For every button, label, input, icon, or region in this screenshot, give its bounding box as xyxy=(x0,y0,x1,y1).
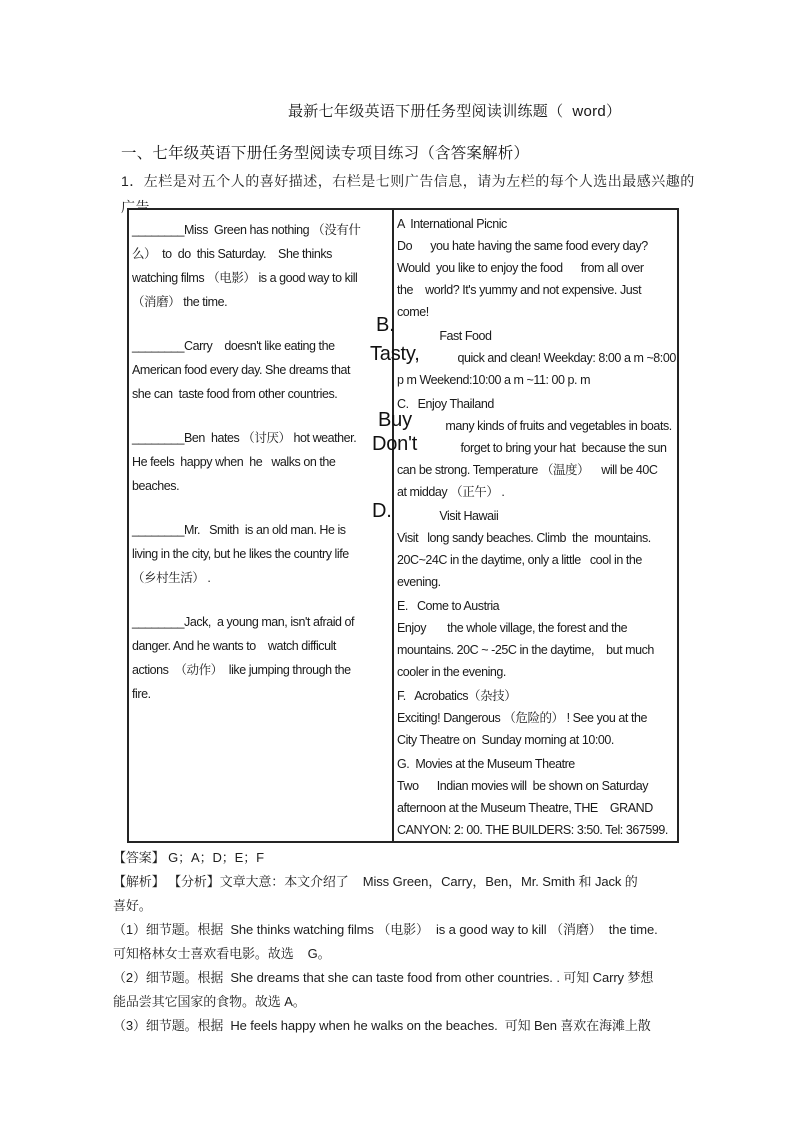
ad-text-line: F. Acrobatics（杂技） xyxy=(397,685,679,707)
ad-entry-d: Visit HawaiiVisit long sandy beaches. Cl… xyxy=(397,505,679,593)
ad-entry-g: G. Movies at the Museum TheatreTwo India… xyxy=(397,753,679,841)
ad-text-line: p m Weekend:10:00 a m ~11: 00 p. m xyxy=(397,369,679,391)
answer-line: 【答案】 G；A；D；E；F xyxy=(113,846,713,870)
document-page: { "document": { "title": "最新七年级英语下册任务型阅读… xyxy=(0,0,800,1133)
person-text-line: fire. xyxy=(132,682,390,706)
person-text-line: watching films （电影） is a good way to kil… xyxy=(132,266,390,290)
ad-text-line: evening. xyxy=(397,571,679,593)
ad-text-line: the world? It's yummy and not expensive.… xyxy=(397,279,679,301)
document-title: 最新七年级英语下册任务型阅读训练题（ word） xyxy=(288,100,621,121)
ad-entry-e: E. Come to AustriaEnjoy the whole villag… xyxy=(397,595,679,683)
person-text-line: 么） to do this Saturday. She thinks xyxy=(132,242,390,266)
person-text-line: danger. And he wants to watch difficult xyxy=(132,634,390,658)
ad-entry-c: C. Enjoy Thailand many kinds of fruits a… xyxy=(397,393,679,503)
person-text-line: living in the city, but he likes the cou… xyxy=(132,542,390,566)
ad-text-line: City Theatre on Sunday morning at 10:00. xyxy=(397,729,679,751)
person-entry-3: ________Ben hates （讨厌） hot weather.He fe… xyxy=(132,426,390,498)
person-text-line: she can taste food from other countries. xyxy=(132,382,390,406)
person-text-line: （乡村生活） . xyxy=(132,566,390,590)
person-entry-1: ________Miss Green has nothing （没有什么） to… xyxy=(132,218,390,314)
ad-text-line: forget to bring your hat because the sun xyxy=(397,437,679,459)
intro-line: 1．左栏是对五个人的喜好描述，右栏是七则广告信息，请为左栏的每个人选出最感兴趣的 xyxy=(121,168,695,194)
person-entry-4: ________Mr. Smith is an old man. He isli… xyxy=(132,518,390,590)
ad-text-line: CANYON: 2: 00. THE BUILDERS: 3:50. Tel: … xyxy=(397,819,679,841)
ad-text-line: Do you hate having the same food every d… xyxy=(397,235,679,257)
person-text-line: （消磨） the time. xyxy=(132,290,390,314)
overflow-text-frag-tasty: Tasty, xyxy=(370,343,420,365)
answer-line: 能品尝其它国家的食物。故选 A。 xyxy=(113,990,713,1014)
person-text-line: ________Ben hates （讨厌） hot weather. xyxy=(132,426,390,450)
ad-text-line: at midday （正午） . xyxy=(397,481,679,503)
ad-text-line: Would you like to enjoy the food from al… xyxy=(397,257,679,279)
person-text-line: ________Miss Green has nothing （没有什 xyxy=(132,218,390,242)
overflow-text-frag-d: D. xyxy=(372,500,392,522)
ad-text-line: cooler in the evening. xyxy=(397,661,679,683)
person-text-line: ________Mr. Smith is an old man. He is xyxy=(132,518,390,542)
ad-text-line: afternoon at the Museum Theatre, THE GRA… xyxy=(397,797,679,819)
ad-text-line: G. Movies at the Museum Theatre xyxy=(397,753,679,775)
ad-text-line: many kinds of fruits and vegetables in b… xyxy=(397,415,679,437)
person-entry-2: ________Carry doesn't like eating theAme… xyxy=(132,334,390,406)
ad-text-line: A International Picnic xyxy=(397,213,679,235)
ad-text-line: Visit Hawaii xyxy=(397,505,679,527)
ad-text-line: 20C~24C in the daytime, only a little co… xyxy=(397,549,679,571)
ad-text-line: come! xyxy=(397,301,679,323)
ad-text-line: Enjoy the whole village, the forest and … xyxy=(397,617,679,639)
ad-text-line: Two Indian movies will be shown on Satur… xyxy=(397,775,679,797)
person-text-line: ________Carry doesn't like eating the xyxy=(132,334,390,358)
answer-line: （2）细节题。根据 She dreams that she can taste … xyxy=(113,966,713,990)
answer-analysis-section: 【答案】 G；A；D；E；F【解析】 【分析】文章大意：本文介绍了 Miss G… xyxy=(113,846,713,1038)
overflow-text-frag-dont: Don't xyxy=(372,433,417,455)
people-column: ________Miss Green has nothing （没有什么） to… xyxy=(129,210,392,841)
ad-text-line: Fast Food xyxy=(397,325,679,347)
ad-text-line: E. Come to Austria xyxy=(397,595,679,617)
ad-text-line: mountains. 20C ~ -25C in the daytime, bu… xyxy=(397,639,679,661)
ad-text-line: C. Enjoy Thailand xyxy=(397,393,679,415)
ad-text-line: can be strong. Temperature （温度） will be … xyxy=(397,459,679,481)
ad-text-line: Visit long sandy beaches. Climb the moun… xyxy=(397,527,679,549)
overflow-text-frag-buy: Buy xyxy=(378,409,412,431)
ad-entry-a: A International PicnicDo you hate having… xyxy=(397,213,679,323)
ads-column: A International PicnicDo you hate having… xyxy=(392,210,679,841)
ad-entry-b: Fast Food quick and clean! Weekday: 8:00… xyxy=(397,325,679,391)
section-heading: 一、七年级英语下册任务型阅读专项目练习（含答案解析） xyxy=(121,141,529,163)
person-text-line: He feels happy when he walks on the xyxy=(132,450,390,474)
person-text-line: ________Jack, a young man, isn't afraid … xyxy=(132,610,390,634)
person-text-line: beaches. xyxy=(132,474,390,498)
ad-text-line: quick and clean! Weekday: 8:00 a m ~8:00 xyxy=(397,347,679,369)
person-text-line: American food every day. She dreams that xyxy=(132,358,390,382)
answer-line: 【解析】 【分析】文章大意：本文介绍了 Miss Green，Carry，Ben… xyxy=(113,870,713,894)
answer-line: 喜好。 xyxy=(113,894,713,918)
matching-table: ________Miss Green has nothing （没有什么） to… xyxy=(127,208,679,843)
overflow-text-frag-b: B. xyxy=(376,314,395,336)
person-entry-5: ________Jack, a young man, isn't afraid … xyxy=(132,610,390,706)
answer-line: 可知格林女士喜欢看电影。故选 G。 xyxy=(113,942,713,966)
ad-text-line: Exciting! Dangerous （危险的） ! See you at t… xyxy=(397,707,679,729)
answer-line: （1）细节题。根据 She thinks watching films （电影）… xyxy=(113,918,713,942)
ad-entry-f: F. Acrobatics（杂技）Exciting! Dangerous （危险… xyxy=(397,685,679,751)
answer-line: （3）细节题。根据 He feels happy when he walks o… xyxy=(113,1014,713,1038)
person-text-line: actions （动作） like jumping through the xyxy=(132,658,390,682)
